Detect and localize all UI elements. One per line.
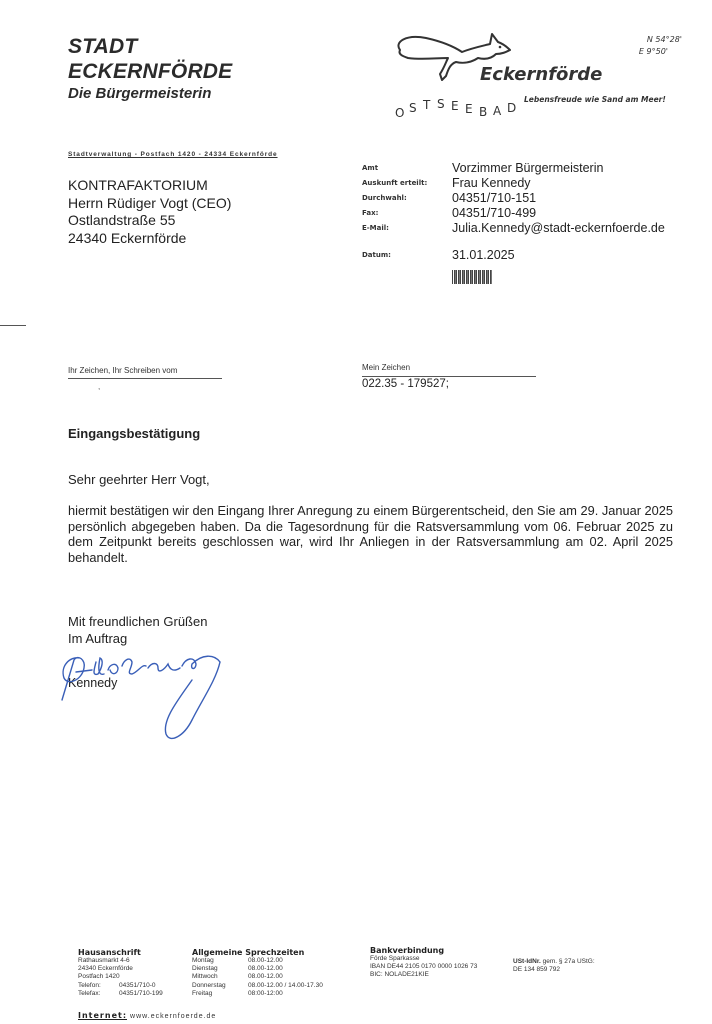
info-label: Fax:: [362, 209, 452, 217]
vat-value: DE 134 859 792: [513, 966, 595, 974]
divider: [68, 378, 222, 379]
hours-time: 08.00-12.00 / 14.00-17.30: [248, 982, 323, 990]
footer-text: 24340 Eckernförde: [78, 965, 163, 973]
recipient-street: Ostlandstraße 55: [68, 212, 231, 230]
hours-day: Donnerstag: [192, 982, 248, 990]
hours-time: 08:00-12:00: [248, 990, 323, 998]
handwritten-signature-icon: [52, 640, 232, 745]
letter-subject: Eingangsbestätigung: [68, 426, 200, 441]
recipient-company: KONTRAFAKTORIUM: [68, 177, 231, 195]
info-value: 04351/710-499: [452, 206, 536, 220]
footer-heading: Allgemeine Sprechzeiten: [192, 948, 323, 957]
recipient-name: Herrn Rüdiger Vogt (CEO): [68, 195, 231, 213]
hours-time: 08.00-12.00: [248, 957, 323, 965]
hours-row: Donnerstag08.00-12.00 / 14.00-17.30: [192, 982, 323, 990]
salutation: Sehr geehrter Herr Vogt,: [68, 472, 210, 487]
info-row-email: E-Mail: Julia.Kennedy@stadt-eckernfoerde…: [362, 220, 665, 235]
hours-row: Montag08.00-12.00: [192, 957, 323, 965]
arc-letter: S: [409, 101, 417, 115]
hours-day: Mittwoch: [192, 973, 248, 981]
arc-letter: T: [423, 98, 430, 112]
info-row-contact: Auskunft erteilt: Frau Kennedy: [362, 175, 665, 190]
logo-wordmark: Eckernförde: [480, 64, 602, 85]
arc-letter: E: [465, 102, 473, 116]
footer-text: Rathausmarkt 4-6: [78, 957, 163, 965]
date-label: Datum:: [362, 251, 452, 259]
coordinates: N 54°28' E 9°50': [639, 34, 682, 58]
footer-heading: Hausanschrift: [78, 948, 163, 957]
hours-time: 08.00-12.00: [248, 973, 323, 981]
fax-value: 04351/710-199: [119, 990, 163, 998]
hours-day: Dienstag: [192, 965, 248, 973]
arc-letter: S: [437, 97, 445, 111]
footer-address: Hausanschrift Rathausmarkt 4-6 24340 Eck…: [78, 948, 163, 998]
closing-greeting: Mit freundlichen Grüßen: [68, 614, 207, 631]
hours-row: Freitag08:00-12:00: [192, 990, 323, 998]
city-line-2: ECKERNFÖRDE: [68, 59, 232, 84]
vat-label-suffix: gem. § 27a UStG:: [541, 958, 595, 965]
city-line-1: STADT: [68, 34, 232, 59]
my-reference-label: Mein Zeichen: [362, 363, 410, 372]
fold-mark: [0, 325, 26, 326]
info-label: Durchwahl:: [362, 194, 452, 202]
hours-row: Dienstag08.00-12.00: [192, 965, 323, 973]
fax-label: Telefax:: [78, 990, 119, 998]
arc-letter: D: [507, 101, 516, 115]
hours-day: Freitag: [192, 990, 248, 998]
barcode-icon: [452, 270, 492, 284]
bank-iban: IBAN DE44 2105 0170 0000 1026 73: [370, 963, 477, 971]
hours-time: 08.00-12.00: [248, 965, 323, 973]
footer-heading: Bankverbindung: [370, 946, 477, 955]
divider: [362, 376, 536, 377]
footer-vat: USt-IdNr. gem. § 27a UStG: DE 134 859 79…: [513, 958, 595, 974]
footer-office-hours: Allgemeine Sprechzeiten Montag08.00-12.0…: [192, 948, 323, 998]
footer-phone: Telefon: 04351/710-0: [78, 982, 163, 990]
hours-day: Montag: [192, 957, 248, 965]
info-value: Vorzimmer Bürgermeisterin: [452, 161, 603, 175]
hours-row: Mittwoch08.00-12.00: [192, 973, 323, 981]
vat-label: USt-IdNr.: [513, 958, 541, 965]
ostseebad-arc: O S T S E E B A D: [395, 92, 525, 118]
info-row-date: Datum: 31.01.2025: [362, 247, 665, 262]
mayor-subtitle: Die Bürgermeisterin: [68, 85, 211, 102]
recipient-city: 24340 Eckernförde: [68, 230, 231, 248]
arc-letter: A: [493, 104, 501, 118]
email-link[interactable]: Julia.Kennedy@stadt-eckernfoerde.de: [452, 221, 665, 235]
internet-label: Internet:: [78, 1011, 127, 1020]
info-row-phone: Durchwahl: 04351/710-151: [362, 190, 665, 205]
contact-info-block: Amt Vorzimmer Bürgermeisterin Auskunft e…: [362, 160, 665, 262]
return-address-line: Stadtverwaltung - Postfach 1420 - 24334 …: [68, 151, 278, 158]
info-value: 04351/710-151: [452, 191, 536, 205]
footer-internet: Internet:www.eckernfoerde.de: [78, 1005, 216, 1023]
info-label: E-Mail:: [362, 224, 452, 232]
slogan: Lebensfreude wie Sand am Meer!: [524, 95, 666, 104]
info-value: Frau Kennedy: [452, 176, 531, 190]
your-reference-value: ,: [98, 382, 100, 391]
letter-body: hiermit bestätigen wir den Eingang Ihrer…: [68, 503, 673, 565]
footer-fax: Telefax: 04351/710-199: [78, 990, 163, 998]
your-reference-label: Ihr Zeichen, Ihr Schreiben vom: [68, 366, 177, 375]
coord-north: N 54°28': [639, 34, 682, 46]
arc-letter: B: [479, 105, 487, 119]
info-label: Amt: [362, 164, 452, 172]
bank-name: Förde Sparkasse: [370, 955, 477, 963]
city-title: STADT ECKERNFÖRDE: [68, 34, 232, 84]
phone-value: 04351/710-0: [119, 982, 163, 990]
footer-bank: Bankverbindung Förde Sparkasse IBAN DE44…: [370, 946, 477, 980]
my-reference-value: 022.35 - 179527;: [362, 378, 449, 390]
info-row-fax: Fax: 04351/710-499: [362, 205, 665, 220]
website-link[interactable]: www.eckernfoerde.de: [130, 1013, 216, 1020]
date-value: 31.01.2025: [452, 248, 515, 262]
phone-label: Telefon:: [78, 982, 119, 990]
arc-letter: E: [451, 99, 459, 113]
bank-bic: BIC: NOLADE21KIE: [370, 971, 477, 979]
info-label: Auskunft erteilt:: [362, 179, 452, 187]
footer-text: Postfach 1420: [78, 973, 163, 981]
info-row-department: Amt Vorzimmer Bürgermeisterin: [362, 160, 665, 175]
coord-east: E 9°50': [639, 46, 668, 58]
recipient-address: KONTRAFAKTORIUM Herrn Rüdiger Vogt (CEO)…: [68, 177, 231, 247]
arc-letter: O: [395, 106, 404, 120]
